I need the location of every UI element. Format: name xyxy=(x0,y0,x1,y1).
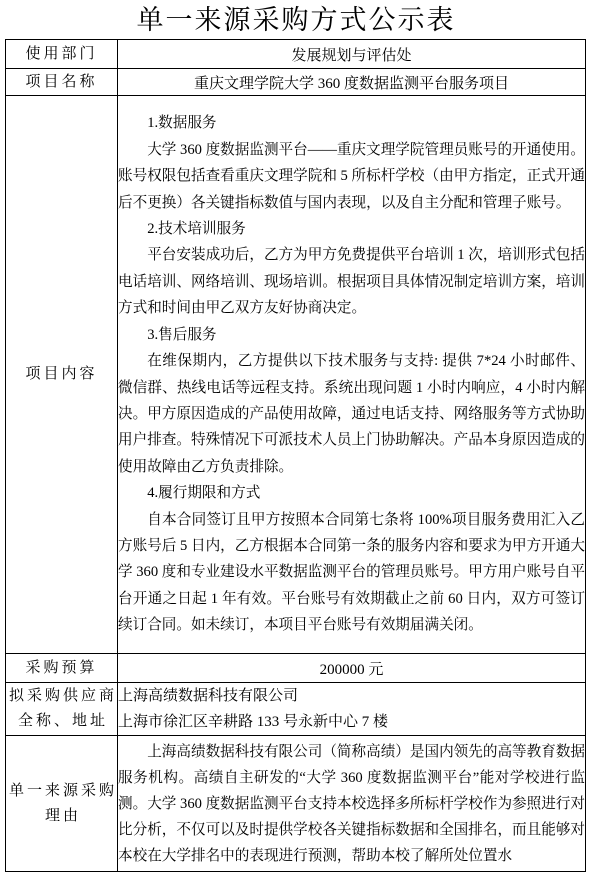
paragraph: 平台安装成功后，乙方为甲方免费提供平台培训 1 次，培训形式包括电话培训、网络培… xyxy=(118,242,585,321)
paragraph: 上海高绩数据科技有限公司（简称高绩）是国内领先的高等教育数据服务机构。高绩自主研… xyxy=(118,739,585,869)
project-name-value: 重庆文理学院大学 360 度数据监测平台服务项目 xyxy=(118,69,586,96)
row-usage-department: 使用部门 发展规划与评估处 xyxy=(6,40,586,69)
supplier-value: 上海高绩数据科技有限公司 上海市徐汇区辛耕路 133 号永新中心 7 楼 xyxy=(118,683,586,736)
paragraph: 大学 360 度数据监测平台——重庆文理学院管理员账号的开通使用。账号权限包括查… xyxy=(118,137,585,216)
row-budget: 采购预算 200000 元 xyxy=(6,654,586,683)
row-project-name: 项目名称 重庆文理学院大学 360 度数据监测平台服务项目 xyxy=(6,69,586,96)
supplier-address: 上海市徐汇区辛耕路 133 号永新中心 7 楼 xyxy=(118,709,585,735)
document-title: 单一来源采购方式公示表 xyxy=(0,4,592,37)
paragraph: 在维保期内，乙方提供以下技术服务与支持: 提供 7*24 小时邮件、微信群、热线… xyxy=(118,348,585,480)
paragraph: 自本合同签订且甲方按照本合同第七条将 100%项目服务费用汇入乙方账号后 5 日… xyxy=(118,507,585,639)
paragraph: 1.数据服务 xyxy=(118,110,585,136)
usage-department-label: 使用部门 xyxy=(6,40,118,69)
budget-label: 采购预算 xyxy=(6,654,118,683)
single-source-reason-value: 上海高绩数据科技有限公司（简称高绩）是国内领先的高等教育数据服务机构。高绩自主研… xyxy=(118,736,586,872)
budget-value: 200000 元 xyxy=(118,654,586,683)
procurement-form-table: 使用部门 发展规划与评估处 项目名称 重庆文理学院大学 360 度数据监测平台服… xyxy=(5,39,586,872)
paragraph: 2.技术培训服务 xyxy=(118,216,585,242)
single-source-reason-label: 单一来源采购 理由 xyxy=(6,736,118,872)
single-source-reason-label-line1: 单一来源采购 xyxy=(6,779,117,804)
single-source-reason-label-line2: 理由 xyxy=(6,804,117,829)
row-project-content: 项目内容 1.数据服务大学 360 度数据监测平台——重庆文理学院管理员账号的开… xyxy=(6,96,586,654)
supplier-label-line1: 拟采购供应商 xyxy=(6,684,117,709)
usage-department-value: 发展规划与评估处 xyxy=(118,40,586,69)
project-name-label: 项目名称 xyxy=(6,69,118,96)
supplier-label-line2: 全称、地址 xyxy=(6,709,117,734)
row-single-source-reason: 单一来源采购 理由 上海高绩数据科技有限公司（简称高绩）是国内领先的高等教育数据… xyxy=(6,736,586,872)
supplier-name: 上海高绩数据科技有限公司 xyxy=(118,683,585,709)
project-content-label: 项目内容 xyxy=(6,96,118,654)
paragraph: 3.售后服务 xyxy=(118,322,585,348)
row-supplier: 拟采购供应商 全称、地址 上海高绩数据科技有限公司 上海市徐汇区辛耕路 133 … xyxy=(6,683,586,736)
project-content-value: 1.数据服务大学 360 度数据监测平台——重庆文理学院管理员账号的开通使用。账… xyxy=(118,96,586,654)
supplier-label: 拟采购供应商 全称、地址 xyxy=(6,683,118,736)
paragraph: 4.履行期限和方式 xyxy=(118,480,585,506)
